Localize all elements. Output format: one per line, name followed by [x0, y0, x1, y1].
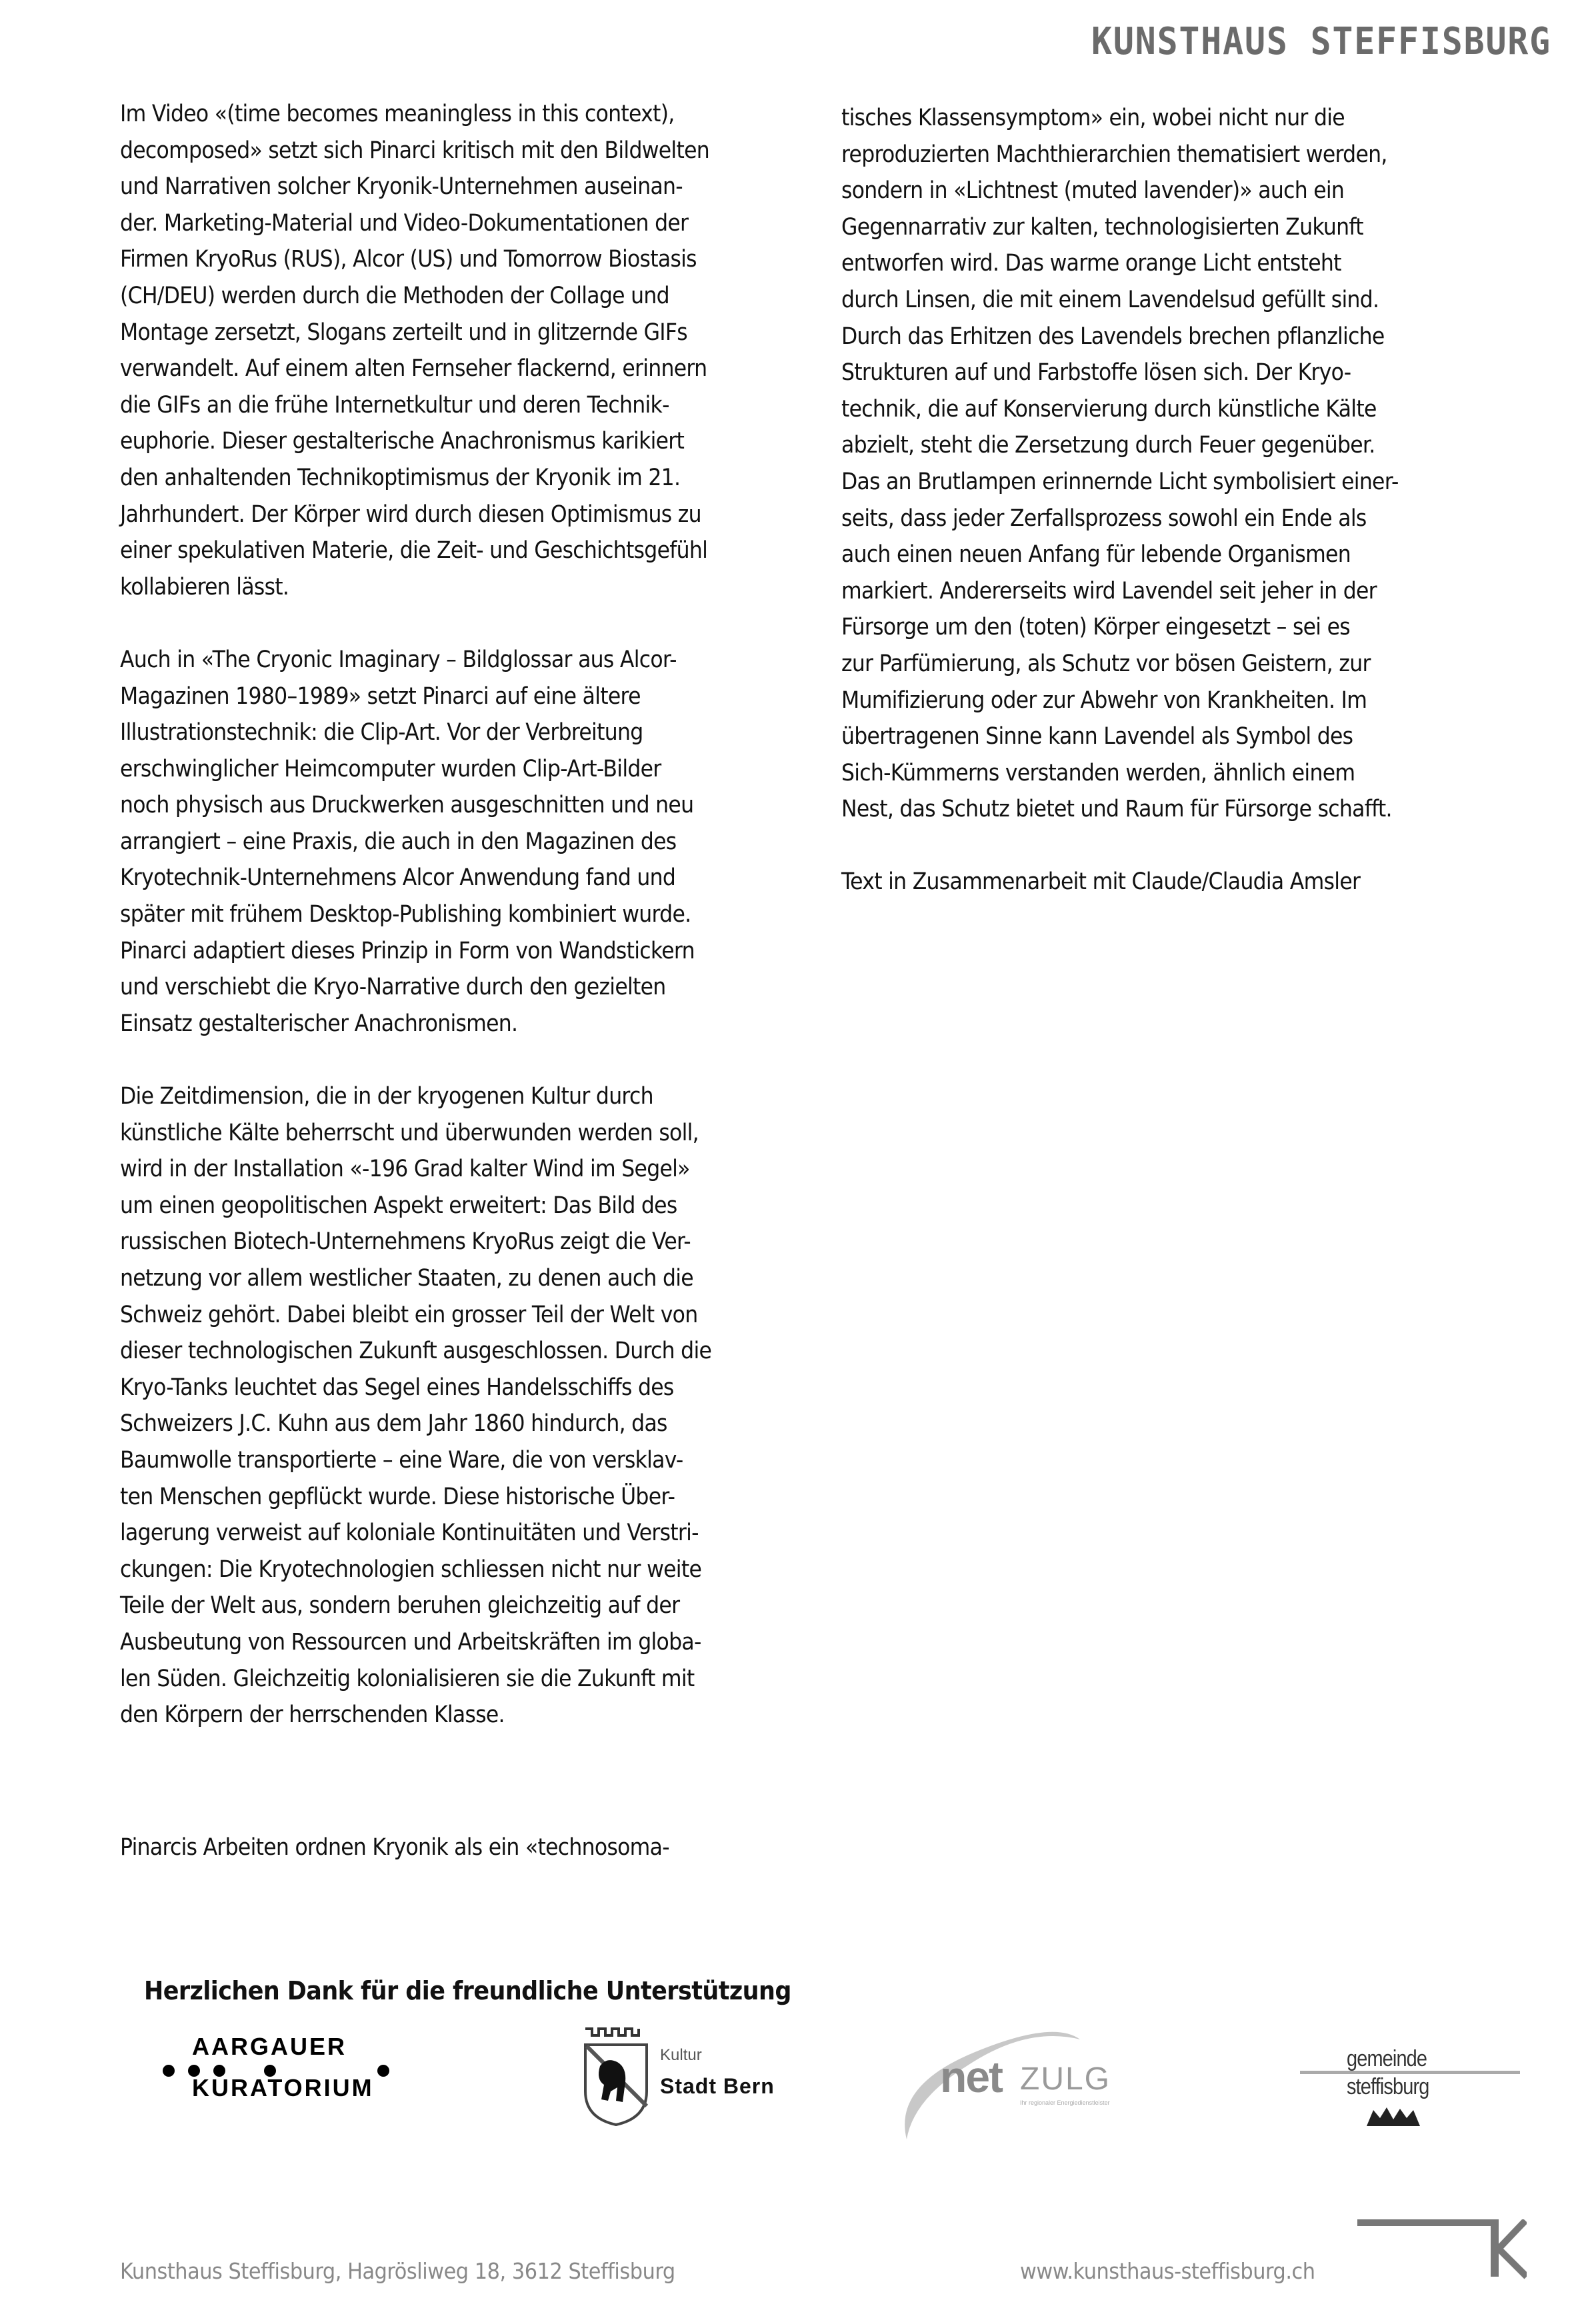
text-line: um einen geopolitischen Aspekt erweitert…: [120, 1188, 732, 1224]
logo-text: Stadt Bern: [660, 2074, 775, 2099]
text-line: verwandelt. Auf einem alten Fernseher fl…: [120, 351, 732, 387]
text-line: den anhaltenden Technikoptimismus der Kr…: [120, 460, 732, 497]
text-line: wird in der Installation «-196 Grad kalt…: [120, 1151, 732, 1188]
text-line: (CH/DEU) werden durch die Methoden der C…: [120, 278, 732, 315]
logo-tagline: Ihr regionaler Energiedienstleister: [1020, 2099, 1110, 2106]
text-line: ten Menschen gepflückt wurde. Diese hist…: [120, 1479, 732, 1516]
logo-text: Kultur: [660, 2046, 702, 2065]
paragraph-cryonic-imaginary: Auch in «The Cryonic Imaginary – Bildglo…: [120, 642, 800, 1042]
text-line: kollabieren lässt.: [120, 569, 732, 606]
text-line: tisches Klassensymptom» ein, wobei nicht…: [841, 100, 1453, 137]
text-line: Firmen KryoRus (RUS), Alcor (US) und Tom…: [120, 241, 732, 278]
text-line: erschwinglicher Heimcomputer wurden Clip…: [120, 751, 732, 788]
dot-icon: [163, 2065, 175, 2077]
text-line: Mumifizierung oder zur Abwehr von Krankh…: [841, 682, 1453, 719]
text-line: Kryo-Tanks leuchtet das Segel eines Hand…: [120, 1370, 732, 1406]
text-line: Baumwolle transportierte – eine Ware, di…: [120, 1442, 732, 1479]
text-line: technik, die auf Konservierung durch kün…: [841, 391, 1453, 428]
text-line: Gegennarrativ zur kalten, technologisier…: [841, 209, 1453, 246]
text-line: reproduzierten Machthierarchien thematis…: [841, 137, 1453, 173]
text-line: entworfen wird. Das warme orange Licht e…: [841, 245, 1453, 282]
text-line: Strukturen auf und Farbstoffe lösen sich…: [841, 355, 1453, 391]
text-line: Jahrhundert. Der Körper wird durch diese…: [120, 497, 732, 533]
text-line: künstliche Kälte beherrscht und überwund…: [120, 1115, 732, 1152]
trailing-line: Pinarcis Arbeiten ordnen Kryonik als ein…: [120, 1829, 669, 1865]
logo-text: gemeinde: [1347, 2046, 1427, 2072]
text-line: Montage zersetzt, Slogans zerteilt und i…: [120, 315, 732, 351]
text-line: netzung vor allem westlicher Staaten, zu…: [120, 1260, 732, 1297]
text-line: euphorie. Dieser gestalterische Anachron…: [120, 423, 732, 460]
text-line: der. Marketing-Material und Video-Dokume…: [120, 205, 732, 242]
dot-icon: [377, 2065, 389, 2077]
paragraph-lichtnest: tisches Klassensymptom» ein, wobei nicht…: [841, 100, 1521, 828]
text-line: Illustrationstechnik: die Clip-Art. Vor …: [120, 714, 732, 751]
logo-text: KURATORIUM: [192, 2074, 374, 2102]
text-line: Nest, das Schutz bietet und Raum für Für…: [841, 791, 1453, 828]
text-line: Pinarci adaptiert dieses Prinzip in Form…: [120, 933, 732, 970]
text-line: Durch das Erhitzen des Lavendels brechen…: [841, 319, 1453, 355]
text-line: ckungen: Die Kryotechnologien schliessen…: [120, 1552, 732, 1588]
text-line: dieser technologischen Zukunft ausgeschl…: [120, 1333, 732, 1370]
text-line: Kryotechnik-Unternehmens Alcor Anwendung…: [120, 860, 732, 896]
sponsors-heading: Herzlichen Dank für die freundliche Unte…: [144, 1976, 791, 2005]
logo-text: AARGAUER: [192, 2033, 347, 2061]
text-line: auch einen neuen Anfang für lebende Orga…: [841, 537, 1453, 573]
paragraph-credits: Text in Zusammenarbeit mit Claude/Claudi…: [841, 864, 1521, 900]
text-line: später mit frühem Desktop-Publishing kom…: [120, 896, 732, 933]
aargauer-kuratorium-logo: AARGAUER KURATORIUM: [160, 2033, 400, 2106]
text-line: markiert. Andererseits wird Lavendel sei…: [841, 573, 1453, 610]
text-line: übertragenen Sinne kann Lavendel als Sym…: [841, 718, 1453, 755]
text-line: len Süden. Gleichzeitig kolonialisieren …: [120, 1661, 732, 1698]
text-line: Im Video «(time becomes meaningless in t…: [120, 96, 732, 133]
text-line: den Körpern der herrschenden Klasse.: [120, 1697, 732, 1734]
mountain-emblem-icon: [1367, 2106, 1420, 2126]
masthead-title: KUNSTHAUS STEFFISBURG: [1091, 20, 1551, 63]
text-line: und Narrativen solcher Kryonik-Unternehm…: [120, 169, 732, 205]
footer-website-link[interactable]: www.kunsthaus-steffisburg.ch: [1020, 2258, 1315, 2284]
credits-line: Text in Zusammenarbeit mit Claude/Claudi…: [841, 864, 1453, 900]
logo-text: net: [940, 2051, 1002, 2102]
text-line: Schweiz gehört. Dabei bleibt ein grosser…: [120, 1297, 732, 1334]
text-line: die GIFs an die frühe Internetkultur und…: [120, 387, 732, 424]
logo-text: ZULG: [1020, 2061, 1111, 2097]
text-line: durch Linsen, die mit einem Lavendelsud …: [841, 282, 1453, 319]
netzulg-logo: net ZULG Ihr regionaler Energiedienstlei…: [893, 2026, 1147, 2146]
text-line: Ausbeutung von Ressourcen und Arbeitskrä…: [120, 1624, 732, 1661]
text-line: seits, dass jeder Zerfallsprozess sowohl…: [841, 501, 1453, 537]
text-line: russischen Biotech-Unternehmens KryoRus …: [120, 1224, 732, 1260]
paragraph-video: Im Video «(time becomes meaningless in t…: [120, 96, 800, 605]
text-line: arrangiert – eine Praxis, die auch in de…: [120, 824, 732, 860]
right-column: tisches Klassensymptom» ein, wobei nicht…: [841, 100, 1521, 937]
text-line: Magazinen 1980–1989» setzt Pinarci auf e…: [120, 678, 732, 715]
text-line: einer spekulativen Materie, die Zeit- un…: [120, 533, 732, 569]
text-line: zur Parfümierung, als Schutz vor bösen G…: [841, 646, 1453, 682]
footer-address: Kunsthaus Steffisburg, Hagrösliweg 18, 3…: [120, 2258, 675, 2284]
kultur-stadt-bern-logo: Kultur Stadt Bern: [580, 2026, 807, 2126]
text-line: Auch in «The Cryonic Imaginary – Bildglo…: [120, 642, 732, 678]
text-line: sondern in «Lichtnest (muted lavender)» …: [841, 173, 1453, 209]
text-line: und verschiebt die Kryo-Narrative durch …: [120, 969, 732, 1006]
text-line: Sich-Kümmerns verstanden werden, ähnlich…: [841, 755, 1453, 792]
text-line: Einsatz gestalterischer Anachronismen.: [120, 1006, 732, 1042]
text-line: Teile der Welt aus, sondern beruhen glei…: [120, 1588, 732, 1624]
text-line: Fürsorge um den (toten) Körper eingesetz…: [841, 609, 1453, 646]
logo-text: steffisburg: [1347, 2074, 1429, 2100]
text-line: noch physisch aus Druckwerken ausgeschni…: [120, 787, 732, 824]
gemeinde-steffisburg-logo: gemeinde steffisburg: [1300, 2026, 1513, 2139]
text-line: decomposed» setzt sich Pinarci kritisch …: [120, 133, 732, 169]
kunsthaus-k-logo-icon: [1353, 2219, 1527, 2286]
bern-coat-of-arms-icon: [580, 2026, 653, 2126]
text-line: lagerung verweist auf koloniale Kontinui…: [120, 1515, 732, 1552]
text-line: Das an Brutlampen erinnernde Licht symbo…: [841, 464, 1453, 501]
text-line: abzielt, steht die Zersetzung durch Feue…: [841, 427, 1453, 464]
left-column: Im Video «(time becomes meaningless in t…: [120, 96, 800, 1769]
text-line: Schweizers J.C. Kuhn aus dem Jahr 1860 h…: [120, 1406, 732, 1442]
paragraph-zeitdimension: Die Zeitdimension, die in der kryogenen …: [120, 1078, 800, 1734]
text-line: Die Zeitdimension, die in der kryogenen …: [120, 1078, 732, 1115]
